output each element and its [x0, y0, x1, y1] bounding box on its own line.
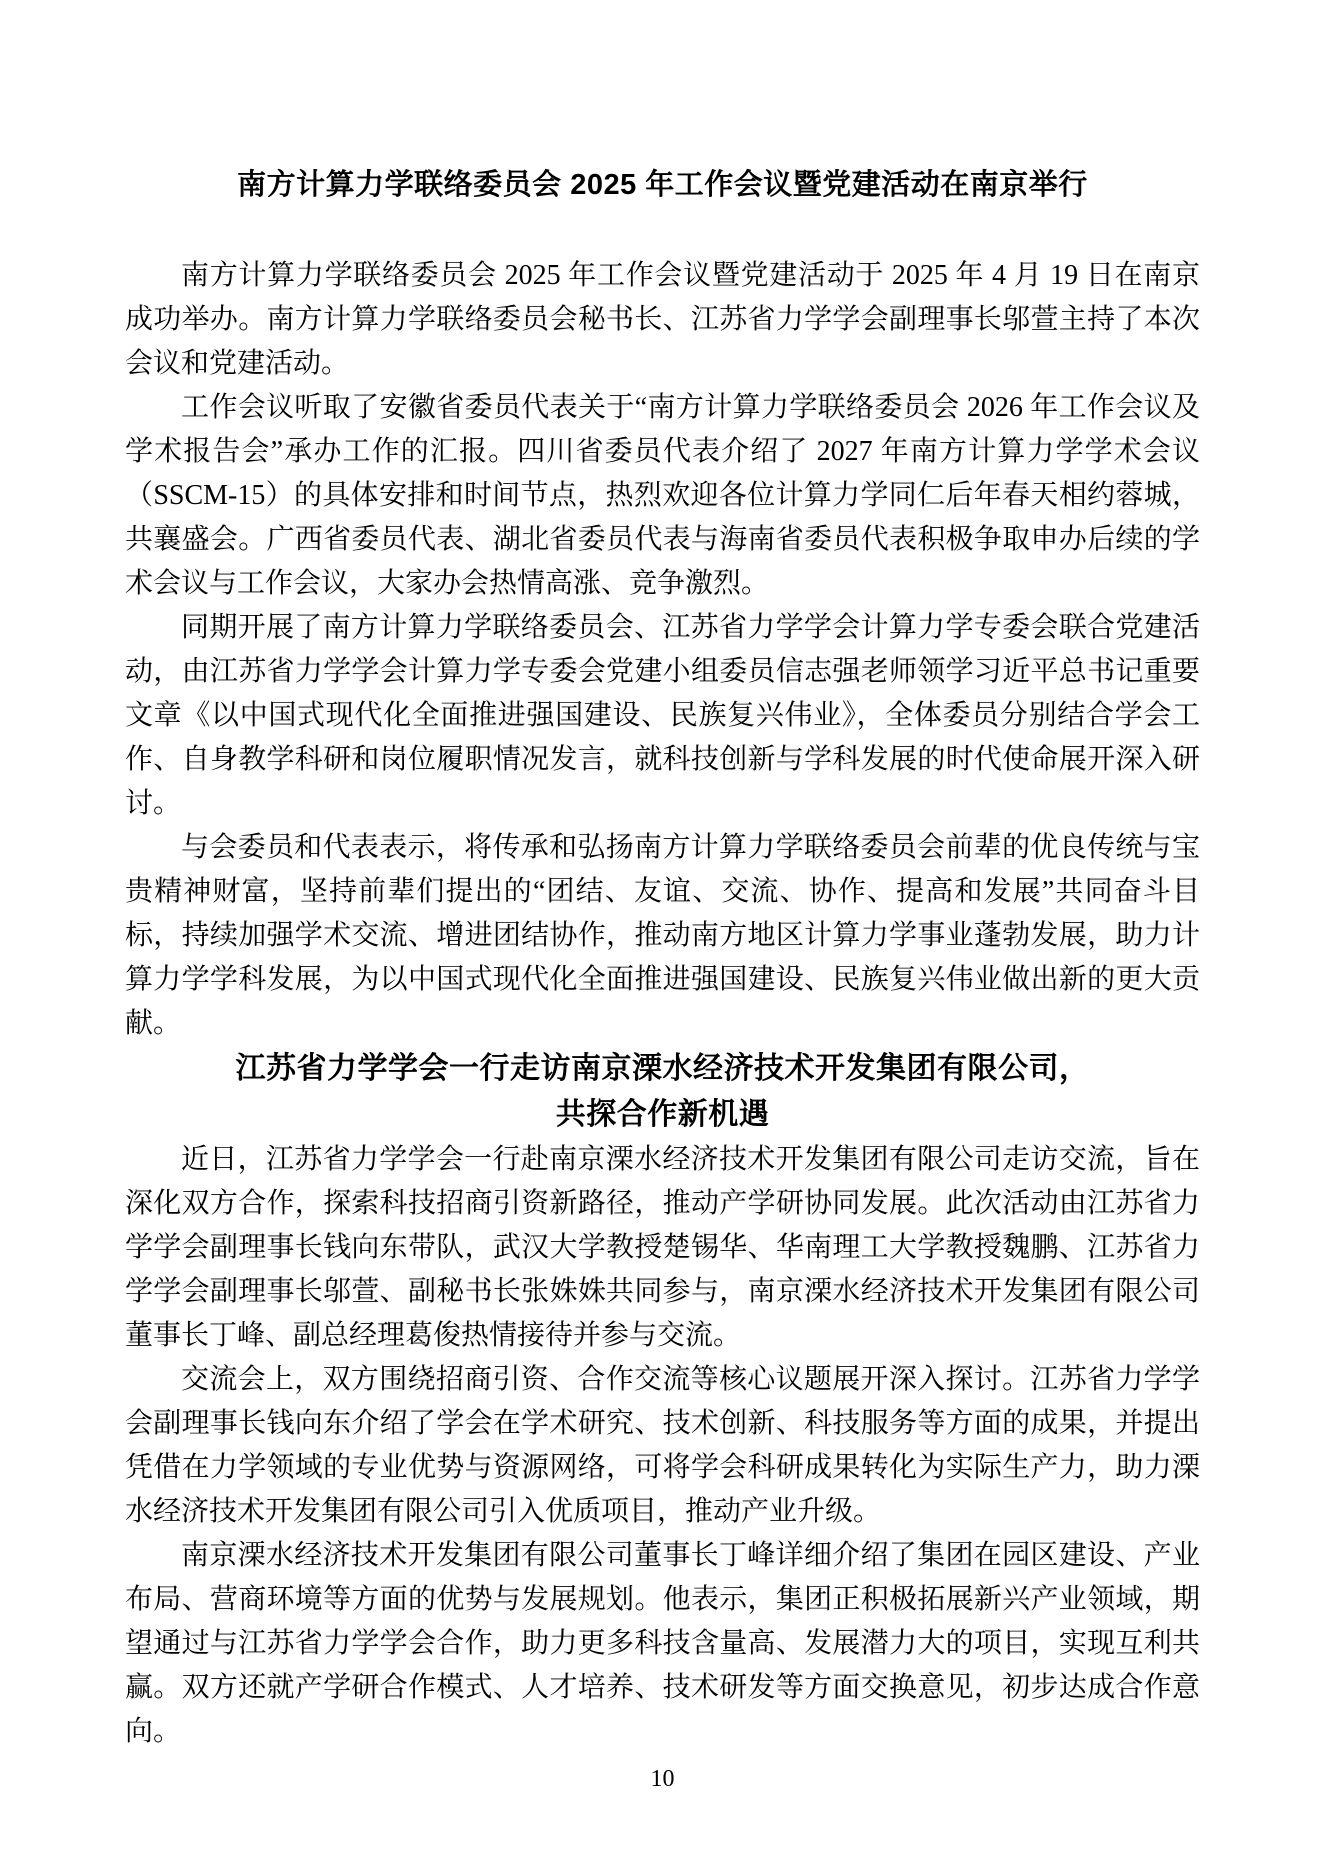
article1-title: 南方计算力学联络委员会 2025 年工作会议暨党建活动在南京举行 [125, 162, 1200, 208]
article1-paragraph-3: 同期开展了南方计算力学联络委员会、江苏省力学学会计算力学专委会联合党建活动，由江… [125, 606, 1200, 826]
article1-paragraph-2: 工作会议听取了安徽省委员代表关于“南方计算力学联络委员会 2026 年工作会议及… [125, 386, 1200, 606]
document-page: 南方计算力学联络委员会 2025 年工作会议暨党建活动在南京举行 南方计算力学联… [0, 0, 1323, 1871]
article2-title: 江苏省力学学会一行走访南京溧水经济技术开发集团有限公司， 共探合作新机遇 [125, 1046, 1200, 1138]
page-number: 10 [125, 1764, 1200, 1794]
article2-paragraph-1: 近日，江苏省力学学会一行赴南京溧水经济技术开发集团有限公司走访交流，旨在深化双方… [125, 1138, 1200, 1358]
article2-title-line2: 共探合作新机遇 [125, 1092, 1200, 1138]
article2-paragraph-3: 南京溧水经济技术开发集团有限公司董事长丁峰详细介绍了集团在园区建设、产业布局、营… [125, 1534, 1200, 1754]
article1-paragraph-4: 与会委员和代表表示，将传承和弘扬南方计算力学联络委员会前辈的优良传统与宝贵精神财… [125, 826, 1200, 1046]
article2-title-line1: 江苏省力学学会一行走访南京溧水经济技术开发集团有限公司， [125, 1046, 1200, 1092]
article2-paragraph-2: 交流会上，双方围绕招商引资、合作交流等核心议题展开深入探讨。江苏省力学学会副理事… [125, 1358, 1200, 1534]
article1-paragraph-1: 南方计算力学联络委员会 2025 年工作会议暨党建活动于 2025 年 4 月 … [125, 254, 1200, 386]
